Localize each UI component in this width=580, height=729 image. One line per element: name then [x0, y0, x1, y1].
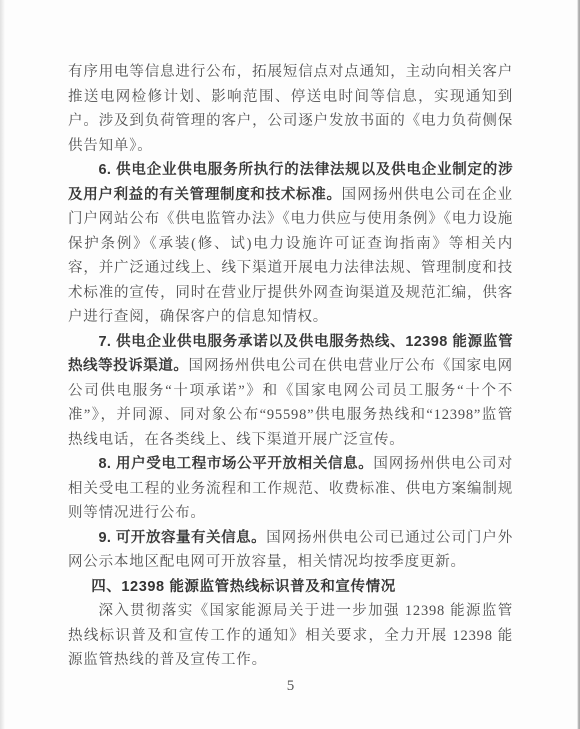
- list-item-7: 7. 供电企业供电服务承诺以及供电服务热线、12398 能源监管热线等投诉渠道。…: [68, 330, 513, 453]
- item-6-body: 国网扬州供电公司在企业门户网站公布《供电监管办法》《电力供应与使用条例》《电力设…: [68, 187, 513, 326]
- page-number: 5: [68, 678, 513, 695]
- paragraph-intro-continuation: 有序用电等信息进行公布，拓展短信点对点通知，主动向相关客户推送电网检修计划、影响…: [68, 60, 513, 158]
- list-item-6: 6. 供电企业供电服务所执行的法律法规以及供电企业制定的涉及用户利益的有关管理制…: [68, 158, 513, 330]
- item-9-lead: 9. 可开放容量有关信息。: [98, 530, 266, 546]
- document-page: 有序用电等信息进行公布，拓展短信点对点通知，主动向相关客户推送电网检修计划、影响…: [0, 0, 580, 729]
- section-heading-4: 四、12398 能源监管热线标识普及和宣传情况: [68, 575, 513, 600]
- paragraph-closing: 深入贯彻落实《国家能源局关于进一步加强 12398 能源监管热线标识普及和宣传工…: [68, 599, 513, 673]
- list-item-8: 8. 用户受电工程市场公平开放相关信息。国网扬州供电公司对相关受电工程的业务流程…: [68, 452, 513, 526]
- scan-left-edge-shade: [0, 0, 5, 729]
- list-item-9: 9. 可开放容量有关信息。国网扬州供电公司已通过公司门户外网公示本地区配电网可开…: [68, 526, 513, 575]
- page-body-text: 有序用电等信息进行公布，拓展短信点对点通知，主动向相关客户推送电网检修计划、影响…: [68, 60, 513, 673]
- item-8-lead: 8. 用户受电工程市场公平开放相关信息。: [98, 456, 373, 472]
